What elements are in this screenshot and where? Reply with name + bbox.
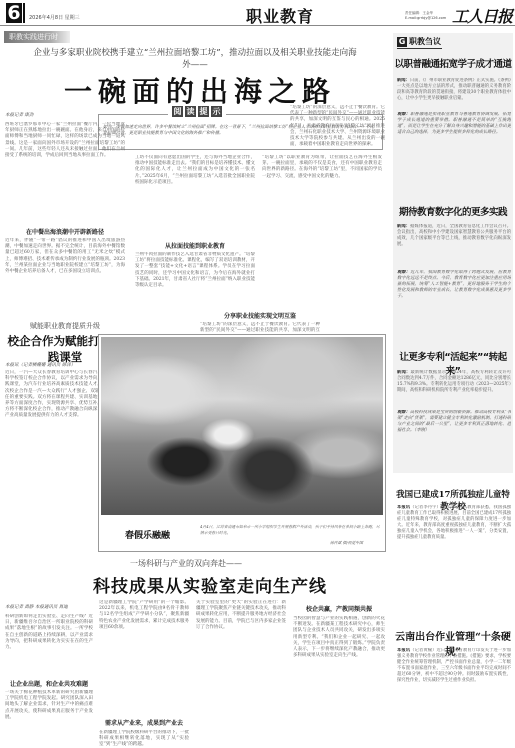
bottom-col2-body-2: 在新疆理工学院校级科研平台的推动下，一批科研成果相继转化落地，实现了从“实验室”… [99, 730, 189, 746]
column-logo-icon: G [397, 37, 407, 47]
bottom-col2-body: 这是新疆理工学院“产学研用”的一个缩影。2022年以来，机电工程学院由9名骨干教… [99, 600, 189, 700]
news-text: 最新统计数据显示，2024年，高校专利转让及许可合同数达到4.7万件，合同金额达… [397, 370, 511, 393]
comment-text: 职普融通是实现职业教育与普通教育协调发展、拓宽学子成长通道的重要举措。职普融通不… [397, 112, 511, 135]
lead-col1-body: 西班牙巴塞罗那市中心一家“兰州拉面”餐厅内，一位当地青年厨师正在熟练地拉出一碗碗… [5, 122, 125, 222]
opinion-comment-3: 观察：高校科技成果是宝贵的创新资源。推动高校专利从“书架”走向“货架”，需要建立… [397, 410, 511, 470]
bottom-subhead-2: 需求从产业来，成果到产业去 [99, 718, 189, 727]
newspaper-masthead: 工人日报 [452, 4, 512, 27]
brand-underline [397, 48, 442, 49]
news-brief-body-2: 本报讯（记者黄榆）近日，云南省教育厅印发关于进一步加强义务教育学校作业管理的十条… [397, 648, 511, 746]
header-divider [0, 25, 515, 26]
brief-text: （记者黄榆）近日，云南省教育厅印发关于进一步加强义务教育学校作业管理的十条措施。… [397, 648, 511, 683]
opinion-comment-1: 观察：职普融通是实现职业教育与普通教育协调发展、拓宽学子成长通道的重要举措。职普… [397, 112, 511, 198]
news-photo-kite-children [101, 337, 383, 515]
bottom-subhead-3: 校企共赢，产教同频共振 [293, 604, 385, 613]
news-label: 新闻： [397, 370, 410, 375]
photo-title: 春假乐融融 [125, 528, 170, 541]
lead-kicker: 企业与多家职业院校携手建立“兰州拉面培黎工坊”，推动拉面以及相关职业技能走向海外… [30, 46, 360, 70]
bottom-kicker: 一场科研与产业的双向奔赴—— [130, 558, 380, 569]
lead-subhead-1: 在中餐出海浪潮中开辟新路径 [5, 227, 125, 236]
news-label: 新闻： [397, 224, 410, 229]
column-tag-banner: 职教实践进行时 [4, 31, 70, 43]
opinion-headline-1: 以职普融通拓宽学子成才通道 [394, 56, 512, 70]
page-number: 6 [6, 3, 22, 23]
comment-label: 观察： [397, 112, 410, 117]
hint-char: 提 [198, 106, 209, 117]
bottom-subhead-1: 让企业出题，和企业共攻难题 [5, 679, 93, 688]
news-text: 日前，《广州市职业教育促进条例》正式实施。《条例》一大亮点是以地方立法的形式，推… [397, 78, 511, 101]
brief-text: （记者李丹宇）近日，记者从教育部获悉，我国孤独症儿童教育工作已取得积极进展，目前… [397, 505, 511, 540]
news-label: 新闻： [397, 78, 410, 83]
page-number-bar [23, 3, 25, 23]
editor-email: E-mail:grrbjy@126.com [405, 16, 446, 21]
opinion-headline-2: 期待教育数字化的更多实践 [394, 204, 512, 218]
brief-byline: 本报讯 [397, 505, 410, 510]
comment-label: 观察： [397, 410, 410, 415]
lead-headline: 一碗面的出海之路 [60, 70, 340, 110]
editor-info: 责任编辑：王金华 E-mail:grrbjy@126.com [405, 11, 446, 21]
side-story-kicker: 赋能职业教育提质升级 [5, 321, 125, 331]
bottom-byline: 本报记者 禹静 本报通讯员 肖迪 [5, 604, 95, 610]
lead-byline: 本报记者 康劲 [5, 112, 33, 118]
hint-char: 示 [211, 106, 222, 117]
column-brand-name: 职教刍议 [409, 36, 441, 47]
comment-label: 观察： [397, 270, 410, 275]
lead-col1-body-2: 近年来，伴随“一带一路”倡议的推进和中国人出境旅游热潮，中餐加速走向世界。据不完… [5, 238, 125, 316]
bottom-col4-body: 当校园的智慧与产业的实践相遇，创新的火花不断迸发。在新疆某工程技术研究中心，师生… [293, 616, 385, 746]
lead-col2-body: 工坊不仅面向有意愿出国的学生，还与海外当地企业合作，推动中国技能标准走出去。“我… [135, 155, 255, 235]
news-brief-body-1: 本报讯（记者李丹宇）近日，记者从教育部获悉，我国孤独症儿童教育工作已取得积极进展… [397, 505, 511, 610]
bottom-col3-body: 关于实验室里的“更大”的实验正在进行：新疆理工学院聚焦产业链关键技术攻关，推动科… [196, 600, 286, 746]
opinion-column-brand: G 职教刍议 [397, 36, 441, 47]
opinion-news-2: 新闻：据媒体报道，近日，全国教育信息化工作会议召开。会议指出，高校和中小学建设国… [397, 224, 511, 268]
hint-char: 阅 [172, 106, 183, 117]
bottom-headline: 科技成果从实验室走向生产线 [40, 572, 380, 597]
reading-hint-title: 阅 读 提 示 [168, 106, 226, 117]
hint-char: 读 [185, 106, 196, 117]
lead-col4-body: “培黎工坊”的深层意义，远不止于餐饮教育。它代表了一种新型的“民间外交”——通过… [290, 105, 385, 328]
comment-text: 近几年，我国教育数字化取得了跨越式发展，但教育数字化远远不是终点。今后，教育数字… [397, 270, 511, 299]
issue-date: 2026年4月8日 星期三 [29, 14, 80, 21]
bottom-col1-body-2: 一场关于棉花种植技术革新的研究由新疆理工学院机电工程学院发起。研究团队深入田间地… [5, 690, 93, 746]
news-text: 据媒体报道，近日，全国教育信息化工作会议召开。会议指出，高校和中小学建设国家智慧… [397, 224, 511, 247]
section-title: 职业教育 [200, 4, 360, 27]
photo-credit: 徐祥斌 摄/视觉中国 [330, 540, 363, 546]
opinion-news-3: 新闻：最新统计数据显示，2024年，高校专利转让及许可合同数达到4.7万件，合同… [397, 370, 511, 408]
lead-subhead-2: 从拉面技能到职业教育 [135, 241, 255, 250]
opinion-comment-2: 观察：近几年，我国教育数字化取得了跨越式发展，但教育数字化远远不是终点。今后，教… [397, 270, 511, 342]
opinion-news-1: 新闻：日前，《广州市职业教育促进条例》正式实施。《条例》一大亮点是以地方立法的形… [397, 78, 511, 110]
comment-text: 高校科技成果是宝贵的创新资源。推动高校专利从“书架”走向“货架”，需要建立健全专… [397, 410, 511, 433]
brief-byline: 本报讯 [397, 648, 410, 653]
photo-caption: 4月4日，江苏省南通市如皋市一所小学组织学生开展春假户外活动，孩子们手持风筝在乡… [200, 524, 380, 535]
bottom-col1-body: 科研创新如何走出实验室、走向生产线？近日，新疆维吾尔自治区一所职业院校的科研成果… [5, 614, 93, 674]
